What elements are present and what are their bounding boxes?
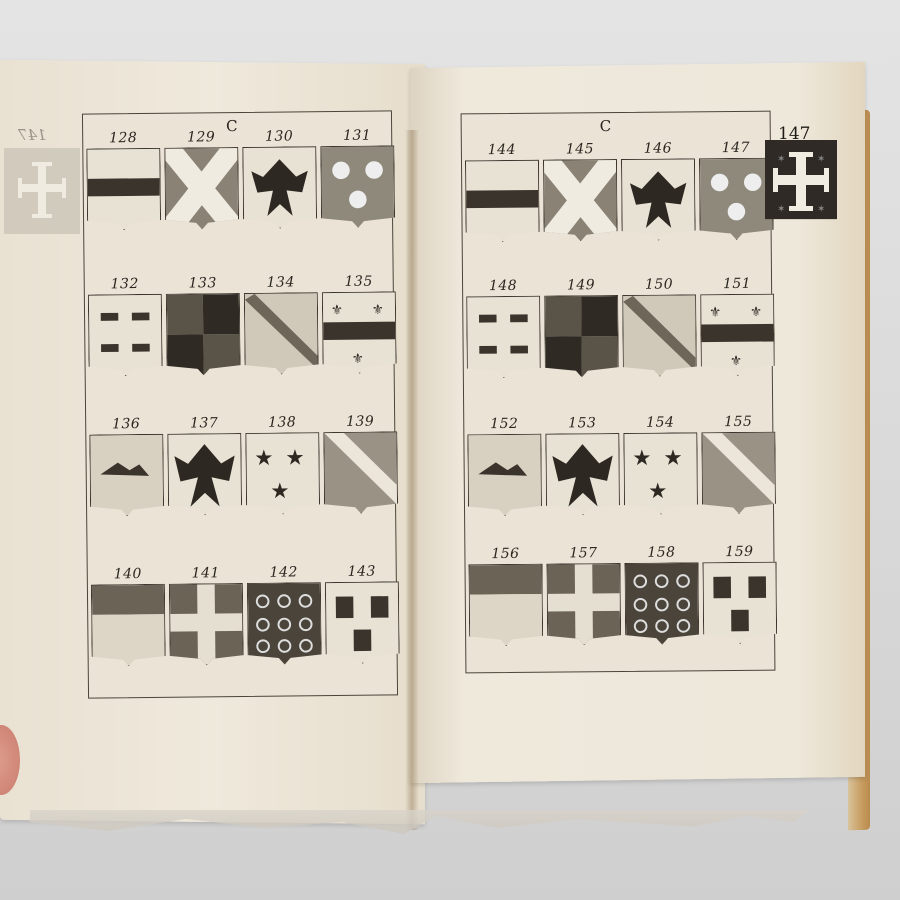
shield-number: 153: [568, 413, 596, 433]
coat-of-arms: 159: [702, 542, 777, 645]
coat-of-arms: 139: [323, 411, 398, 514]
shield-row: 156157158159: [465, 542, 774, 647]
svg-text:⚜: ⚜: [372, 302, 384, 318]
shield-icon: [622, 294, 697, 377]
shield-number: 142: [270, 562, 298, 582]
svg-text:⚜: ⚜: [352, 351, 364, 367]
shield-number: 135: [344, 272, 372, 292]
coat-of-arms: 136: [89, 414, 164, 517]
shield-number: 128: [109, 128, 137, 148]
coat-of-arms: 137: [167, 413, 242, 516]
shield-icon: [91, 584, 166, 667]
shield-number: 144: [488, 140, 516, 160]
shield-number: 150: [645, 275, 673, 295]
shield-icon: [88, 294, 163, 377]
torn-paper-edge: [30, 810, 810, 840]
coat-of-arms: 148: [466, 276, 541, 379]
coat-of-arms: 131: [320, 125, 395, 228]
shield-row: 144145146147: [462, 138, 771, 243]
shield-row: 136137138★★★139: [86, 411, 395, 516]
coat-of-arms: 132: [88, 274, 163, 377]
shield-icon: [544, 295, 619, 378]
shield-number: 149: [567, 275, 595, 295]
shield-icon: [89, 434, 164, 517]
shield-icon: [164, 147, 239, 230]
shield-number: 147: [722, 138, 750, 158]
shield-number: 145: [566, 139, 594, 159]
tipped-in-shield-cross: ✶ ✶ ✶ ✶: [765, 140, 837, 226]
shield-number: 158: [647, 543, 675, 563]
coat-of-arms: 149: [544, 275, 619, 378]
shield-number: 156: [491, 544, 519, 564]
coat-of-arms: 153: [545, 413, 620, 516]
shield-number: 155: [724, 412, 752, 432]
shield-icon: [545, 433, 620, 516]
shield-icon: ★★★: [623, 432, 698, 515]
coat-of-arms: 142: [247, 562, 322, 665]
shield-row: 132133134135⚜⚜⚜: [85, 271, 394, 376]
shield-number: 134: [266, 272, 294, 292]
shield-number: 130: [265, 126, 293, 146]
coat-of-arms: 154★★★: [623, 412, 698, 515]
svg-text:⚜: ⚜: [331, 302, 343, 318]
shield-icon: [323, 431, 398, 514]
shield-icon: [701, 432, 776, 515]
shield-icon: [166, 293, 241, 376]
shield-icon: ★★★: [245, 432, 320, 515]
coat-of-arms: 135⚜⚜⚜: [322, 271, 397, 374]
coat-of-arms: 147: [699, 138, 774, 241]
svg-text:✶: ✶: [817, 154, 825, 165]
coat-of-arms: 143: [325, 561, 400, 664]
cross-icon: ✶ ✶ ✶ ✶: [765, 140, 837, 226]
coat-of-arms: 144: [465, 140, 540, 243]
coat-of-arms: 128: [86, 128, 161, 231]
shield-icon: ⚜⚜⚜: [322, 291, 397, 374]
coat-of-arms: 141: [169, 563, 244, 666]
shield-icon: [467, 434, 542, 517]
coat-of-arms: 129: [164, 127, 239, 230]
coat-of-arms: 146: [621, 138, 696, 241]
svg-text:⚜: ⚜: [730, 353, 742, 369]
coat-of-arms: 140: [91, 564, 166, 667]
shield-number: 138: [268, 412, 296, 432]
shield-row: 152153154★★★155: [464, 412, 773, 517]
svg-text:✶: ✶: [777, 204, 785, 215]
coat-of-arms: 157: [546, 543, 621, 646]
shield-number: 141: [192, 563, 220, 583]
shield-icon: [244, 292, 319, 375]
shield-number: 137: [190, 413, 218, 433]
plate-letter: C: [600, 117, 612, 135]
shield-row: 140141142143: [88, 561, 397, 666]
photo-scene: 147 C 128129130131132133134135⚜⚜⚜1361371…: [0, 0, 900, 900]
coat-of-arms: 155: [701, 412, 776, 515]
shield-number: 139: [346, 412, 374, 432]
ghost-number: 147: [18, 126, 47, 144]
shield-icon: [468, 564, 543, 647]
shield-icon: [466, 296, 541, 379]
coat-of-arms: 134: [244, 272, 319, 375]
shield-number: 133: [189, 273, 217, 293]
shield-icon: [624, 562, 699, 645]
shield-icon: [169, 583, 244, 666]
coat-of-arms: 151⚜⚜⚜: [700, 274, 775, 377]
svg-text:★: ★: [648, 479, 667, 504]
cross-icon: [4, 148, 80, 234]
shield-number: 151: [723, 274, 751, 294]
coat-of-arms: 133: [166, 273, 241, 376]
svg-text:✶: ✶: [817, 204, 825, 215]
shield-number: 140: [114, 564, 142, 584]
shield-icon: [247, 582, 322, 665]
shield-number: 131: [343, 126, 371, 146]
shield-icon: [702, 562, 777, 645]
shield-icon: [465, 160, 540, 243]
ghost-shield-cross: [4, 148, 80, 234]
svg-text:★: ★: [285, 446, 304, 471]
book-gutter: [405, 130, 419, 830]
svg-text:★: ★: [270, 479, 289, 504]
coat-of-arms: 130: [242, 126, 317, 229]
shield-icon: [86, 148, 161, 231]
shield-row: 128129130131: [83, 125, 392, 230]
shield-icon: [546, 563, 621, 646]
svg-text:✶: ✶: [777, 154, 785, 165]
shield-icon: [167, 433, 242, 516]
shield-number: 159: [725, 542, 753, 562]
shield-number: 146: [644, 139, 672, 159]
shield-icon: [699, 158, 774, 241]
svg-text:⚜: ⚜: [709, 305, 721, 321]
svg-text:★: ★: [663, 446, 682, 471]
shield-number: 152: [490, 414, 518, 434]
shield-number: 143: [348, 562, 376, 582]
shield-number: 129: [187, 127, 215, 147]
coat-of-arms: 158: [624, 542, 699, 645]
shield-icon: [320, 145, 395, 228]
shield-number: 157: [569, 543, 597, 563]
shield-icon: [325, 581, 400, 664]
coat-of-arms: 156: [468, 544, 543, 647]
shield-number: 154: [646, 413, 674, 433]
shield-number: 132: [111, 274, 139, 294]
shield-number: 148: [489, 276, 517, 296]
svg-text:★: ★: [632, 446, 651, 471]
shield-icon: ⚜⚜⚜: [700, 294, 775, 377]
coat-of-arms: 145: [543, 139, 618, 242]
shield-icon: [242, 146, 317, 229]
coat-of-arms: 150: [622, 274, 697, 377]
shield-icon: [543, 159, 618, 242]
svg-text:★: ★: [254, 446, 273, 471]
coat-of-arms: 152: [467, 414, 542, 517]
coat-of-arms: 138★★★: [245, 412, 320, 515]
shield-icon: [621, 158, 696, 241]
svg-text:⚜: ⚜: [750, 304, 762, 320]
shield-row: 148149150151⚜⚜⚜: [463, 274, 772, 379]
right-plate: C 144145146147148149150151⚜⚜⚜152153154★★…: [461, 111, 776, 674]
left-plate: C 128129130131132133134135⚜⚜⚜136137138★★…: [82, 110, 398, 698]
shield-number: 136: [112, 414, 140, 434]
